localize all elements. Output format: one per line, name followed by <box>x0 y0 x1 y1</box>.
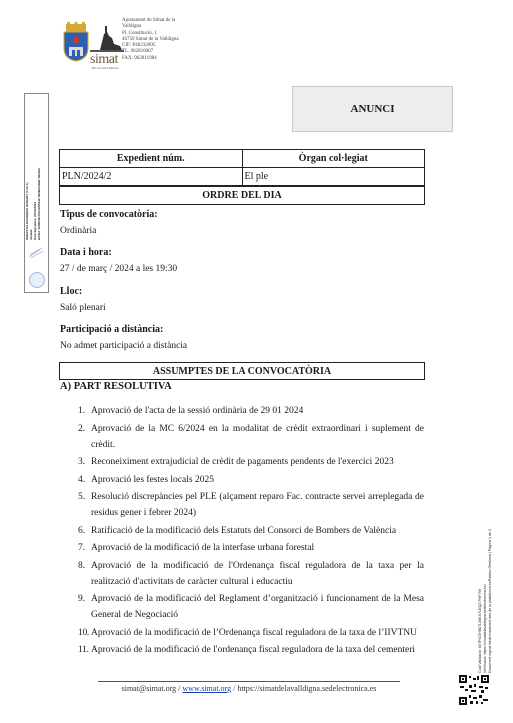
address-line: FAX: 962811984 <box>122 56 179 62</box>
agenda-item: 11.Aprovació de la modificació de l'orde… <box>78 642 424 658</box>
qr-code-icon[interactable] <box>459 675 489 705</box>
agenda-item: 3.Reconeiximent extrajudicial de crèdit … <box>78 454 424 470</box>
organ-header: Òrgan col·legiat <box>242 150 425 168</box>
field-value-data: 27 / de març / 2024 a les 19:30 <box>60 264 177 274</box>
field-value-tipus: Ordinària <box>60 226 96 236</box>
agenda-item: 9.Aprovació de la modificació del Reglam… <box>78 591 424 623</box>
field-label-participacio: Participació a distància: <box>60 324 163 335</box>
agenda-item: 2.Aprovació de la MC 6/2024 en la modali… <box>78 421 424 453</box>
document-title: ANUNCI <box>292 86 453 132</box>
verification-line: Codi Validació: 6XTPCGH9D7L36KX7LKQZ FHF… <box>478 458 482 673</box>
expedient-table: Expedient núm. Òrgan col·legiat PLN/2024… <box>59 149 425 205</box>
digital-seal-icon <box>29 272 45 288</box>
footer-divider <box>98 681 400 682</box>
footer-sede-link[interactable]: https://simatdelavalldigna.sedelectronic… <box>237 684 376 693</box>
field-value-participacio: No admet participació a distància <box>60 341 187 351</box>
field-label-data: Data i hora: <box>60 247 112 258</box>
logo-subtitle: DE LA VALLDIGNA <box>92 66 119 70</box>
coat-of-arms-icon <box>62 22 90 62</box>
verification-line: Verificació: https://simatdelavalldigna.… <box>483 458 487 673</box>
organ-value: El ple <box>242 168 425 187</box>
footer-contacts: simat@simat.org / www.simat.org / https:… <box>98 684 400 693</box>
agenda-item: 4.Aprovació les festes locals 2025 <box>78 472 424 488</box>
ordre-del-dia-heading: ORDRE DEL DIA <box>60 186 425 205</box>
agenda-item: 1.Aprovació de l'acta de la sessió ordin… <box>78 403 424 419</box>
verification-line: Document signat electrònicament des de l… <box>488 458 492 673</box>
part-resolutiva-heading: A) PART RESOLUTIVA <box>60 381 172 392</box>
municipality-address: Ajuntament de Simat de la Valldigna Pl. … <box>122 18 179 62</box>
agenda-item: 8.Aprovació de la modificació de l'Orden… <box>78 558 424 590</box>
verification-strip: Codi Validació: 6XTPCGH9D7L36KX7LKQZ FHF… <box>478 458 502 673</box>
signature-text: SEBASTIÀ MAHIQUES MORANT (1 de 1) Alcald… <box>26 150 44 240</box>
expedient-header: Expedient núm. <box>60 150 243 168</box>
signature-line: HASH: 1b58d44c67b11f45b16 4839bb4fa92 1f… <box>38 150 42 240</box>
agenda-item: 10.Aprovació de la modificació de l’Orde… <box>78 625 424 641</box>
agenda-item: 6.Ratificació de la modificació dels Est… <box>78 523 424 539</box>
footer-website-link[interactable]: www.simat.org <box>182 684 231 693</box>
signature-scribble-icon <box>28 245 44 259</box>
field-label-lloc: Lloc: <box>60 286 82 297</box>
agenda-item: 7.Aprovació de la modificació de la inte… <box>78 540 424 556</box>
footer-email[interactable]: simat@simat.org <box>122 684 177 693</box>
agenda-list: 1.Aprovació de l'acta de la sessió ordin… <box>78 403 424 660</box>
field-value-lloc: Saló plenari <box>60 303 106 313</box>
assumptes-heading: ASSUMPTES DE LA CONVOCATÒRIA <box>59 362 425 380</box>
agenda-item: 5.Resolució discrepàncies pel PLE (alçam… <box>78 489 424 521</box>
expedient-value: PLN/2024/2 <box>60 168 243 187</box>
field-label-tipus: Tipus de convocatòria: <box>60 209 158 220</box>
